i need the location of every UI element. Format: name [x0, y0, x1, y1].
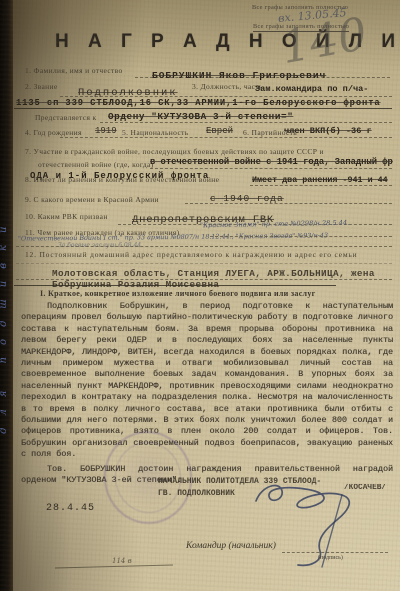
- field-3-value: Зам.командира по п/ча-: [255, 84, 368, 94]
- field-10-label: 10. Каким РВК призван: [25, 212, 108, 221]
- citation-paragraph-1: Подполковник Бобрушкин, в период подгото…: [21, 301, 393, 461]
- signer-title-line-2: ГВ. ПОДПОЛКОВНИК: [158, 489, 235, 498]
- field-4-label: 4. Год рождения: [25, 128, 82, 137]
- field-3-label: 3. Должность, часть: [192, 82, 263, 91]
- field-5-value: Еврей: [206, 126, 233, 136]
- field-1-value: БОБРУШКИН Яков Григорьевич: [152, 70, 326, 81]
- leader-line: [250, 185, 392, 186]
- field-3-unit: 1135 сп 339 СТБЛООД,16 СК,33 АРМИИ,1-го …: [16, 98, 381, 108]
- document-photo: для подшивки Все графы заполнять полност…: [0, 0, 400, 591]
- field-12-label: 12. Постоянный домашний адрес представля…: [25, 250, 357, 259]
- field-7-value: в отечественной войне с 1941 года, Запад…: [150, 157, 393, 167]
- field-9-label: 9. С какого времени в Красной Армии: [25, 195, 159, 204]
- field-8-label: 8. Имеет ли ранения и контузии в отечест…: [25, 175, 219, 184]
- date: 28.4.45: [46, 503, 95, 514]
- field-7-label2: отечественной войне (где, когда): [38, 160, 154, 169]
- page-note: 114 в: [112, 557, 132, 565]
- leader-line: [60, 137, 392, 138]
- citation-body: Подполковник Бобрушкин, в период подгото…: [21, 301, 393, 490]
- leader-line: [100, 122, 392, 123]
- leader-line: [16, 246, 392, 247]
- field-4-value: 1919: [95, 126, 117, 136]
- leader-line: [60, 96, 392, 97]
- signature-line: [282, 552, 388, 553]
- field-7-label: 7. Участие в гражданской войне, последую…: [25, 147, 324, 156]
- leader-line: [210, 236, 392, 237]
- margin-vertical-note: для подшивки: [0, 128, 15, 520]
- underline: [14, 108, 392, 109]
- strike-line: [14, 285, 336, 286]
- field-2-label: 2. Звание: [25, 82, 58, 91]
- present-label: Представляется к: [35, 113, 96, 122]
- leader-line: [16, 263, 392, 264]
- field-12-value: Молотовская область, Станция ЛУЕГА, АРЖ.…: [52, 268, 375, 279]
- section-heading: I. Краткое, конкретное изложение личного…: [40, 289, 316, 298]
- field-5-label: 5. Национальность: [122, 128, 189, 137]
- field-8-value: Имеет два ранения -941 и 44: [252, 175, 388, 185]
- field-1-label: 1. Фамилия, имя и отчество: [25, 66, 123, 75]
- signature-caption: (подпись): [318, 555, 343, 561]
- commander-label: Командир (начальник): [186, 541, 276, 551]
- leader-line: [185, 203, 392, 204]
- leader-line: [150, 168, 392, 169]
- present-value: Ордену "КУТУЗОВА 3-й степени=": [108, 111, 293, 122]
- field-6-value: член ВКП(б) -36 г: [284, 126, 372, 136]
